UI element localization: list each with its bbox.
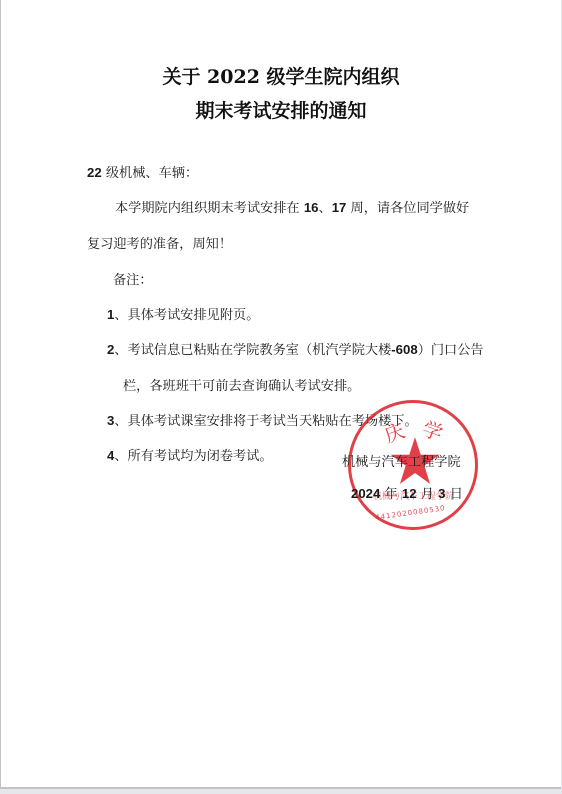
date-day: 3 (438, 486, 445, 501)
document-title-line-1: 关于 2022 级学生院内组织 (1, 62, 561, 89)
week-separator: 、 (319, 201, 332, 216)
recipient-text: 级机械、车辆： (102, 166, 199, 181)
note-item-4: 4、所有考试均为闭卷考试。 (107, 445, 273, 464)
note-item-1: 1、具体考试安排见附页。 (107, 304, 259, 323)
note-text-suffix: ）门口公告 (418, 343, 484, 358)
date-month: 12 (402, 486, 417, 501)
date-month-unit: 月 (417, 487, 439, 502)
note-text: 、所有考试均为闭卷考试。 (114, 449, 272, 464)
signature-org: 机械与汽车工程学院 (342, 451, 461, 470)
recipient-grade: 22 (87, 165, 102, 180)
note-item-2-continuation: 栏，各班班干可前去查询确认考试安排。 (123, 375, 360, 394)
paragraph-line-2: 复习迎考的准备，周知！ (87, 233, 232, 252)
week-16: 16 (304, 200, 319, 215)
date-year: 2024 (351, 486, 380, 501)
paragraph-prefix: 本学期院内组织期末考试安排在 (115, 201, 304, 216)
recipient-line: 22 级机械、车辆： (87, 162, 198, 181)
document-page: 关于 2022 级学生院内组织 期末考试安排的通知 22 级机械、车辆： 本学期… (0, 0, 561, 789)
signature-date: 2024 年 12 月 3 日 (351, 483, 463, 502)
week-17: 17 (332, 200, 347, 215)
document-title-line-2: 期末考试安排的通知 (1, 96, 561, 123)
seal-char-2: 学 (419, 412, 448, 446)
note-text: 、具体考试安排见附页。 (114, 308, 259, 323)
seal-code: 4412020080530 (375, 504, 446, 522)
date-day-unit: 日 (446, 487, 463, 502)
notes-label: 备注： (113, 269, 153, 288)
date-year-unit: 年 (380, 487, 402, 502)
note-text: 、考试信息已粘贴在学院教务室（机汽学院大楼 (114, 343, 391, 358)
paragraph-line-1: 本学期院内组织期末考试安排在 16、17 周，请各位同学做好 (115, 197, 469, 216)
note-text: 、具体考试课室安排将于考试当天粘贴在考场楼下。 (114, 414, 417, 429)
note-item-3: 3、具体考试课室安排将于考试当天粘贴在考场楼下。 (107, 410, 418, 429)
note-item-2: 2、考试信息已粘贴在学院教务室（机汽学院大楼-608）门口公告 (107, 339, 484, 358)
room-number: -608 (391, 342, 417, 357)
paragraph-suffix: 周，请各位同学做好 (346, 201, 469, 216)
